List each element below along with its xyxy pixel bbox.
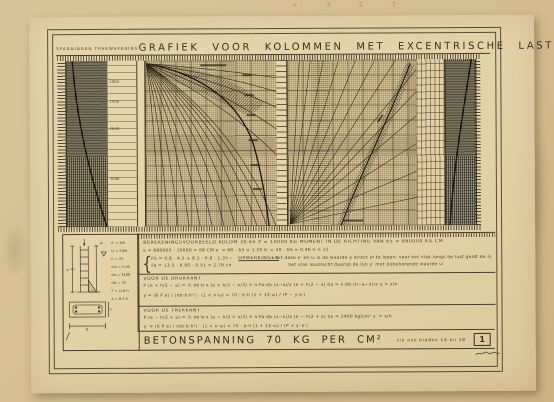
- curve-label-mark: [251, 164, 260, 166]
- remarks-line1: uit deze e′ en ω is de waarde y direct a…: [276, 255, 491, 261]
- example-bracket1: Fb = 0.8 · 4.5 + 8.1 · 0.8 · 1.35 = 17.7…: [151, 256, 231, 261]
- load-ray: [289, 61, 300, 224]
- load-ray: [289, 61, 356, 224]
- steel-stress-scale-label: 3000: [110, 177, 120, 181]
- steel-stress-curve: [72, 61, 107, 227]
- curve-label-mark: [244, 94, 253, 96]
- load-ray: [289, 61, 311, 224]
- drukkant-header: VOOR DE DRUKKANT: [143, 276, 201, 281]
- formula-block: BEREKENINGSVOORBEELD KOLOM 30·65 P = 100…: [137, 232, 496, 332]
- neutral-axis-curve: [449, 59, 472, 225]
- curve-label-mark: [242, 74, 251, 76]
- symbol-definition: F = ω·b·h: [111, 289, 137, 293]
- signature-mark: [475, 350, 501, 357]
- paper-stain: [2, 220, 28, 280]
- load-ray: [290, 143, 417, 224]
- curve-label-mark: [249, 139, 258, 141]
- symbol-definition: σb = 70: [111, 281, 137, 285]
- moment-curve: [146, 64, 159, 227]
- drukkant-line2: y = (6 P e) / (σb·b·h²) · (1 + n·ω) = 70…: [143, 292, 491, 299]
- steel-stress-scale-label: 1500: [109, 100, 119, 104]
- trekkant-header: VOOR DE TREKKANT: [144, 308, 201, 313]
- sheet-number-box: 1: [474, 333, 491, 346]
- remarks-line2: het vlak loodrecht daarop de lijn y′ met…: [288, 262, 488, 268]
- load-fan-panel: [286, 59, 419, 226]
- steel-stress-band: [65, 61, 110, 227]
- example-header: BEREKENINGSVOORBEELD KOLOM 30·65 P = 100…: [143, 239, 491, 246]
- symbol-definition: σ′a = n·σb: [111, 265, 137, 269]
- load-fan-svg: [287, 59, 418, 226]
- neutral-band-centerline: [340, 63, 411, 225]
- steel-stress-scale: 1000150020003000: [107, 61, 138, 227]
- curve-label-mark: [253, 188, 262, 190]
- left-column-label: SPANNINGEN TREKWAPENING: [56, 45, 138, 50]
- load-ray: [289, 61, 375, 224]
- formula-tick-comb: [138, 233, 495, 239]
- pencil-note: + 3 2 7: [292, 1, 409, 9]
- example-line: e = 880000 : 10000 = 88 CM e′ = 88 : 65 …: [143, 247, 491, 254]
- moment-fan-svg: [145, 60, 278, 227]
- column-sketches-svg: Pebh: [65, 238, 112, 348]
- svg-text:b: b: [86, 327, 89, 332]
- remarks-label: OPMERKINGEN: [238, 256, 279, 261]
- footer-bar: BETONSPANNING 70 KG PER CM² zie ook blad…: [138, 329, 495, 351]
- svg-text:e: e: [66, 267, 69, 272]
- steel-stress-scale-label: 2000: [110, 127, 120, 131]
- column-section-sketch: [66, 302, 109, 340]
- symbol-definition: e′ = e/h: [111, 241, 137, 245]
- symbol-definition: n = 15: [111, 257, 137, 261]
- formula-divider: [138, 272, 495, 275]
- formula-divider: [139, 304, 496, 307]
- steel-stress-curve-svg: [66, 61, 109, 227]
- example-bracket2: Fa = 13.5 · 8.80 · 0.51 = 2.78 cm²: [151, 263, 231, 268]
- neutral-axis-curve-svg: [445, 59, 476, 225]
- moment-fan-panel: [144, 60, 279, 227]
- load-ray: [290, 171, 417, 224]
- sheet-title: GRAFIEK VOOR KOLOMMEN MET EXCENTRISCHE L…: [139, 40, 554, 53]
- scanned-drawing: { "palette":{"paper":"#d5bf93","sheet":"…: [0, 0, 554, 402]
- curve-label-mark: [247, 114, 256, 116]
- drawing-content: SPANNINGEN TREKWAPENING GRAFIEK VOOR KOL…: [53, 33, 495, 366]
- svg-text:P: P: [100, 241, 103, 246]
- footer-note: zie ook bladen 1A en 1B: [397, 337, 466, 342]
- load-ray: [289, 61, 339, 224]
- sheet: SPANNINGEN TREKWAPENING GRAFIEK VOOR KOL…: [29, 15, 536, 394]
- column-elevation-sketch: [70, 239, 106, 292]
- drukkant-line1: P (e + h/2 − a) = ½ σb·b·x (e + h/2 − x/…: [143, 282, 491, 289]
- neutral-axis-band: [444, 59, 477, 225]
- symbol-definition: σa = 1400: [111, 273, 137, 277]
- symbol-definition: a = 0.1 h: [111, 297, 137, 301]
- footer-title: BETONSPANNING 70 KG PER CM²: [144, 334, 383, 346]
- steel-stress-scale-label: 1000: [109, 80, 119, 84]
- right-tick-scale: [474, 59, 481, 225]
- svg-text:h: h: [110, 307, 112, 312]
- moment-curve: [146, 63, 189, 226]
- symbol-definition: ω = F/bh: [111, 249, 137, 253]
- trekkant-line1: P (e − h/2 + a) = ½ σb·b·x (e − h/2 + x/…: [144, 314, 492, 321]
- neutral-axis-scale: [416, 59, 446, 225]
- curve-label-mark: [200, 64, 226, 66]
- column-sketch-panel: Pebh e′ = e/hω = F/bhn = 15σ′a = n·σbσa …: [62, 234, 140, 351]
- curve-label-mark: [343, 220, 363, 222]
